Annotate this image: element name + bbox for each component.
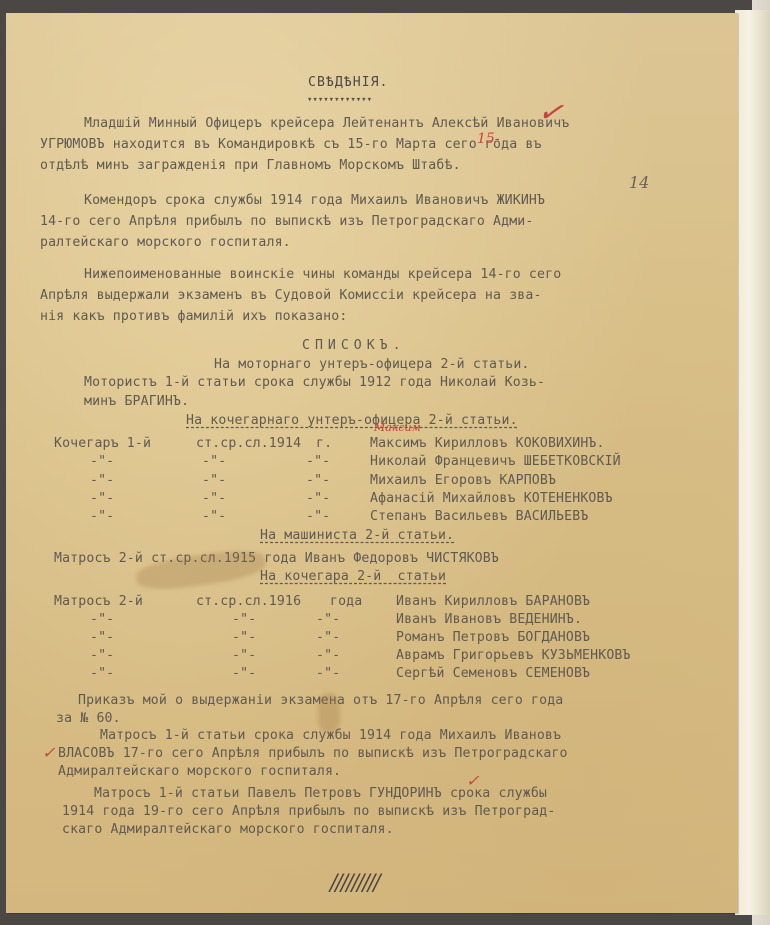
row-year: -"- xyxy=(306,455,330,468)
row-rank: -"- xyxy=(90,455,114,468)
row-name: Аврамъ Григорьевъ КУЗЬМЕНКОВЪ xyxy=(396,649,631,662)
row-term: ст.ср.сл.1916 xyxy=(196,595,301,608)
section-4-heading: На кочегара 2-й статьи xyxy=(260,570,446,583)
vlasov-line-3: Адмиралтейскаго морского госпиталя. xyxy=(58,765,341,778)
row-rank: -"- xyxy=(90,510,114,523)
paragraph-1-line-3: отдѣлѣ минъ загражденія при Главномъ Мор… xyxy=(40,159,461,172)
paragraph-3-line-2: Апрѣля выдержали экзаменъ въ Судовой Ком… xyxy=(40,289,542,302)
check-mark-icon: ✓ xyxy=(42,743,55,762)
section-3-heading: На машиниста 2-й статьи. xyxy=(260,529,454,542)
row-rank: -"- xyxy=(90,474,114,487)
row-year: -"- xyxy=(306,510,330,523)
row-term: -"- xyxy=(232,649,256,662)
row-year: -"- xyxy=(316,667,340,680)
section-1-line-1: Мотористъ 1-й статьи срока службы 1912 г… xyxy=(84,376,545,389)
row-name: Иванъ Кирилловъ БАРАНОВЪ xyxy=(396,595,590,608)
row-term: -"- xyxy=(202,510,226,523)
paragraph-2-line-1: Комендоръ срока службы 1914 года Михаилъ… xyxy=(84,194,545,207)
row-year: года xyxy=(330,595,362,608)
row-year: -"- xyxy=(316,649,340,662)
row-name: Афанасій Михайловъ КОТЕНЕНКОВЪ xyxy=(370,492,613,505)
page-edge-strip xyxy=(735,10,770,915)
paragraph-1-line-2: УГРЮМОВЪ находится въ Командировкѣ съ 15… xyxy=(40,138,542,151)
paragraph-3-line-1: Нижепоименованные воинскіе чины команды … xyxy=(84,268,561,281)
row-term: -"- xyxy=(232,631,256,644)
row-name: Иванъ Ивановъ ВЕДЕНИНЪ. xyxy=(396,613,582,626)
handwritten-name-correction: Максим xyxy=(374,421,421,434)
row-rank: Кочегаръ 1-й xyxy=(54,437,151,450)
row-rank: -"- xyxy=(90,667,114,680)
order-line-2: за № 60. xyxy=(56,712,121,725)
gundorin-line-2: 1914 года 19-го сего Апрѣля прибылъ по в… xyxy=(62,805,555,818)
row-term: -"- xyxy=(232,667,256,680)
title-underline: ▾▾▾▾▾▾▾▾▾▾▾▾ xyxy=(307,95,372,105)
row-term: ст.ср.сл.1914 xyxy=(196,437,301,450)
row-rank: -"- xyxy=(90,492,114,505)
row-term: -"- xyxy=(202,492,226,505)
section-2-heading: На кочегарнаго унтеръ-офицера 2-й статьи… xyxy=(186,414,518,427)
row-year: г. xyxy=(316,437,332,450)
handwritten-date: 15- xyxy=(477,131,500,147)
row-year: -"- xyxy=(316,631,340,644)
check-mark-icon: ✓ xyxy=(466,771,479,790)
row-term: -"- xyxy=(202,455,226,468)
row-name: Максимъ Кирилловъ КОКОВИХИНЪ. xyxy=(370,437,605,450)
list-heading: СПИСОКЪ. xyxy=(302,339,406,352)
row-year: -"- xyxy=(306,474,330,487)
handwritten-number: 14 xyxy=(629,173,649,192)
row-name: Михаилъ Егоровъ КАРПОВЪ xyxy=(370,474,556,487)
paragraph-2-line-2: 14-го сего Апрѣля прибылъ по выпискѣ изъ… xyxy=(40,215,533,228)
stain-mark xyxy=(318,693,340,733)
section-3-line-1: Матросъ 2-й ст.ср.сл.1915 года Иванъ Фед… xyxy=(54,552,499,565)
row-name: Николай Францевичъ ШЕБЕТКОВСКІЙ xyxy=(370,455,621,468)
tally-marks: ///////// xyxy=(330,871,379,896)
row-year: -"- xyxy=(316,613,340,626)
document-page: СВѢДѢНІЯ. ▾▾▾▾▾▾▾▾▾▾▾▾ Младшій Минный Оф… xyxy=(6,13,738,913)
gundorin-line-3: скаго Адмиралтейскаго морского госпиталя… xyxy=(62,823,394,836)
row-rank: -"- xyxy=(90,649,114,662)
row-name: Сергѣй Семеновъ СЕМЕНОВЪ xyxy=(396,667,590,680)
section-1-line-2: минъ БРАГИНЪ. xyxy=(84,395,189,408)
row-name: Романъ Петровъ БОГДАНОВЪ xyxy=(396,631,590,644)
row-name: Степанъ Васильевъ ВАСИЛЬЕВЪ xyxy=(370,510,588,523)
section-1-heading: На моторнаго унтеръ-офицера 2-й статьи. xyxy=(214,358,530,371)
row-rank: Матросъ 2-й xyxy=(54,595,143,608)
row-term: -"- xyxy=(202,474,226,487)
row-rank: -"- xyxy=(90,613,114,626)
paragraph-2-line-3: ралтейскаго морского госпиталя. xyxy=(40,236,291,249)
document-title: СВѢДѢНІЯ. xyxy=(308,76,388,89)
row-term: -"- xyxy=(232,613,256,626)
row-year: -"- xyxy=(306,492,330,505)
paragraph-3-line-3: нія какъ противъ фамилій ихъ показано: xyxy=(40,310,347,323)
row-rank: -"- xyxy=(90,631,114,644)
paragraph-1-line-1: Младшій Минный Офицеръ крейсера Лейтенан… xyxy=(84,117,569,130)
vlasov-line-2: ВЛАСОВЪ 17-го сего Апрѣля прибылъ по вып… xyxy=(58,747,568,760)
